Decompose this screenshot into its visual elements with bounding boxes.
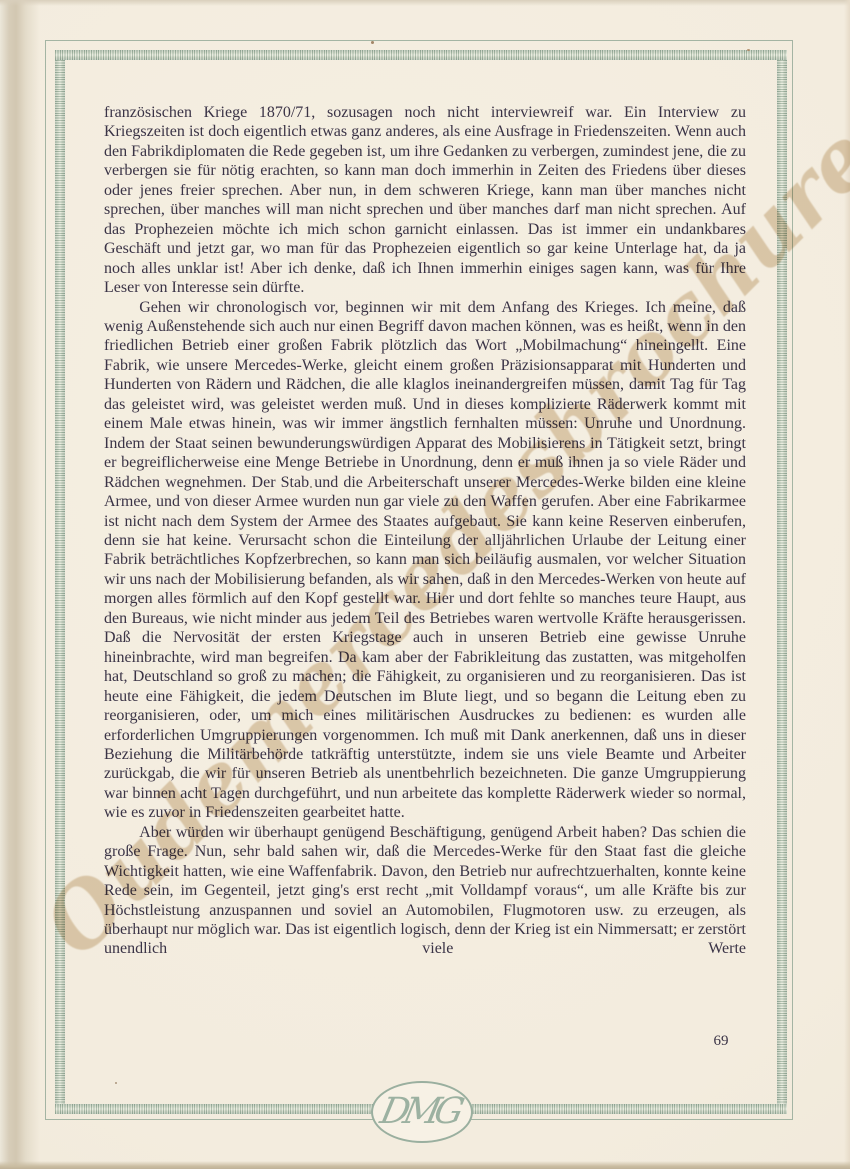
page-edge-top [0,0,850,6]
page-gutter-shadow [0,0,40,1169]
page-edge-bottom [0,1161,850,1169]
page-number: 69 [700,1033,742,1050]
paragraph-work-question: Aber würden wir überhaupt genügend Besch… [104,823,746,959]
page-edge-right [844,0,850,1169]
paper-speck [310,486,312,488]
decorative-border-band-top [55,50,787,60]
dmg-monogram-letters: DMG [377,1094,461,1130]
paragraph-continuation: französischen Kriege 1870/71, sozusagen … [104,103,746,298]
body-text-block: französischen Kriege 1870/71, sozusagen … [104,103,746,959]
paper-speck [371,41,374,44]
decorative-border-band-left [55,60,65,1104]
decorative-border-band-right [777,60,787,1104]
dmg-monogram-oval: DMG [371,1081,473,1143]
paragraph-mobilization: Gehen wir chronologisch vor, beginnen wi… [104,298,746,823]
paper-speck [747,49,750,51]
paper-speck [115,1082,117,1084]
scanned-book-page: französischen Kriege 1870/71, sozusagen … [0,0,850,1169]
